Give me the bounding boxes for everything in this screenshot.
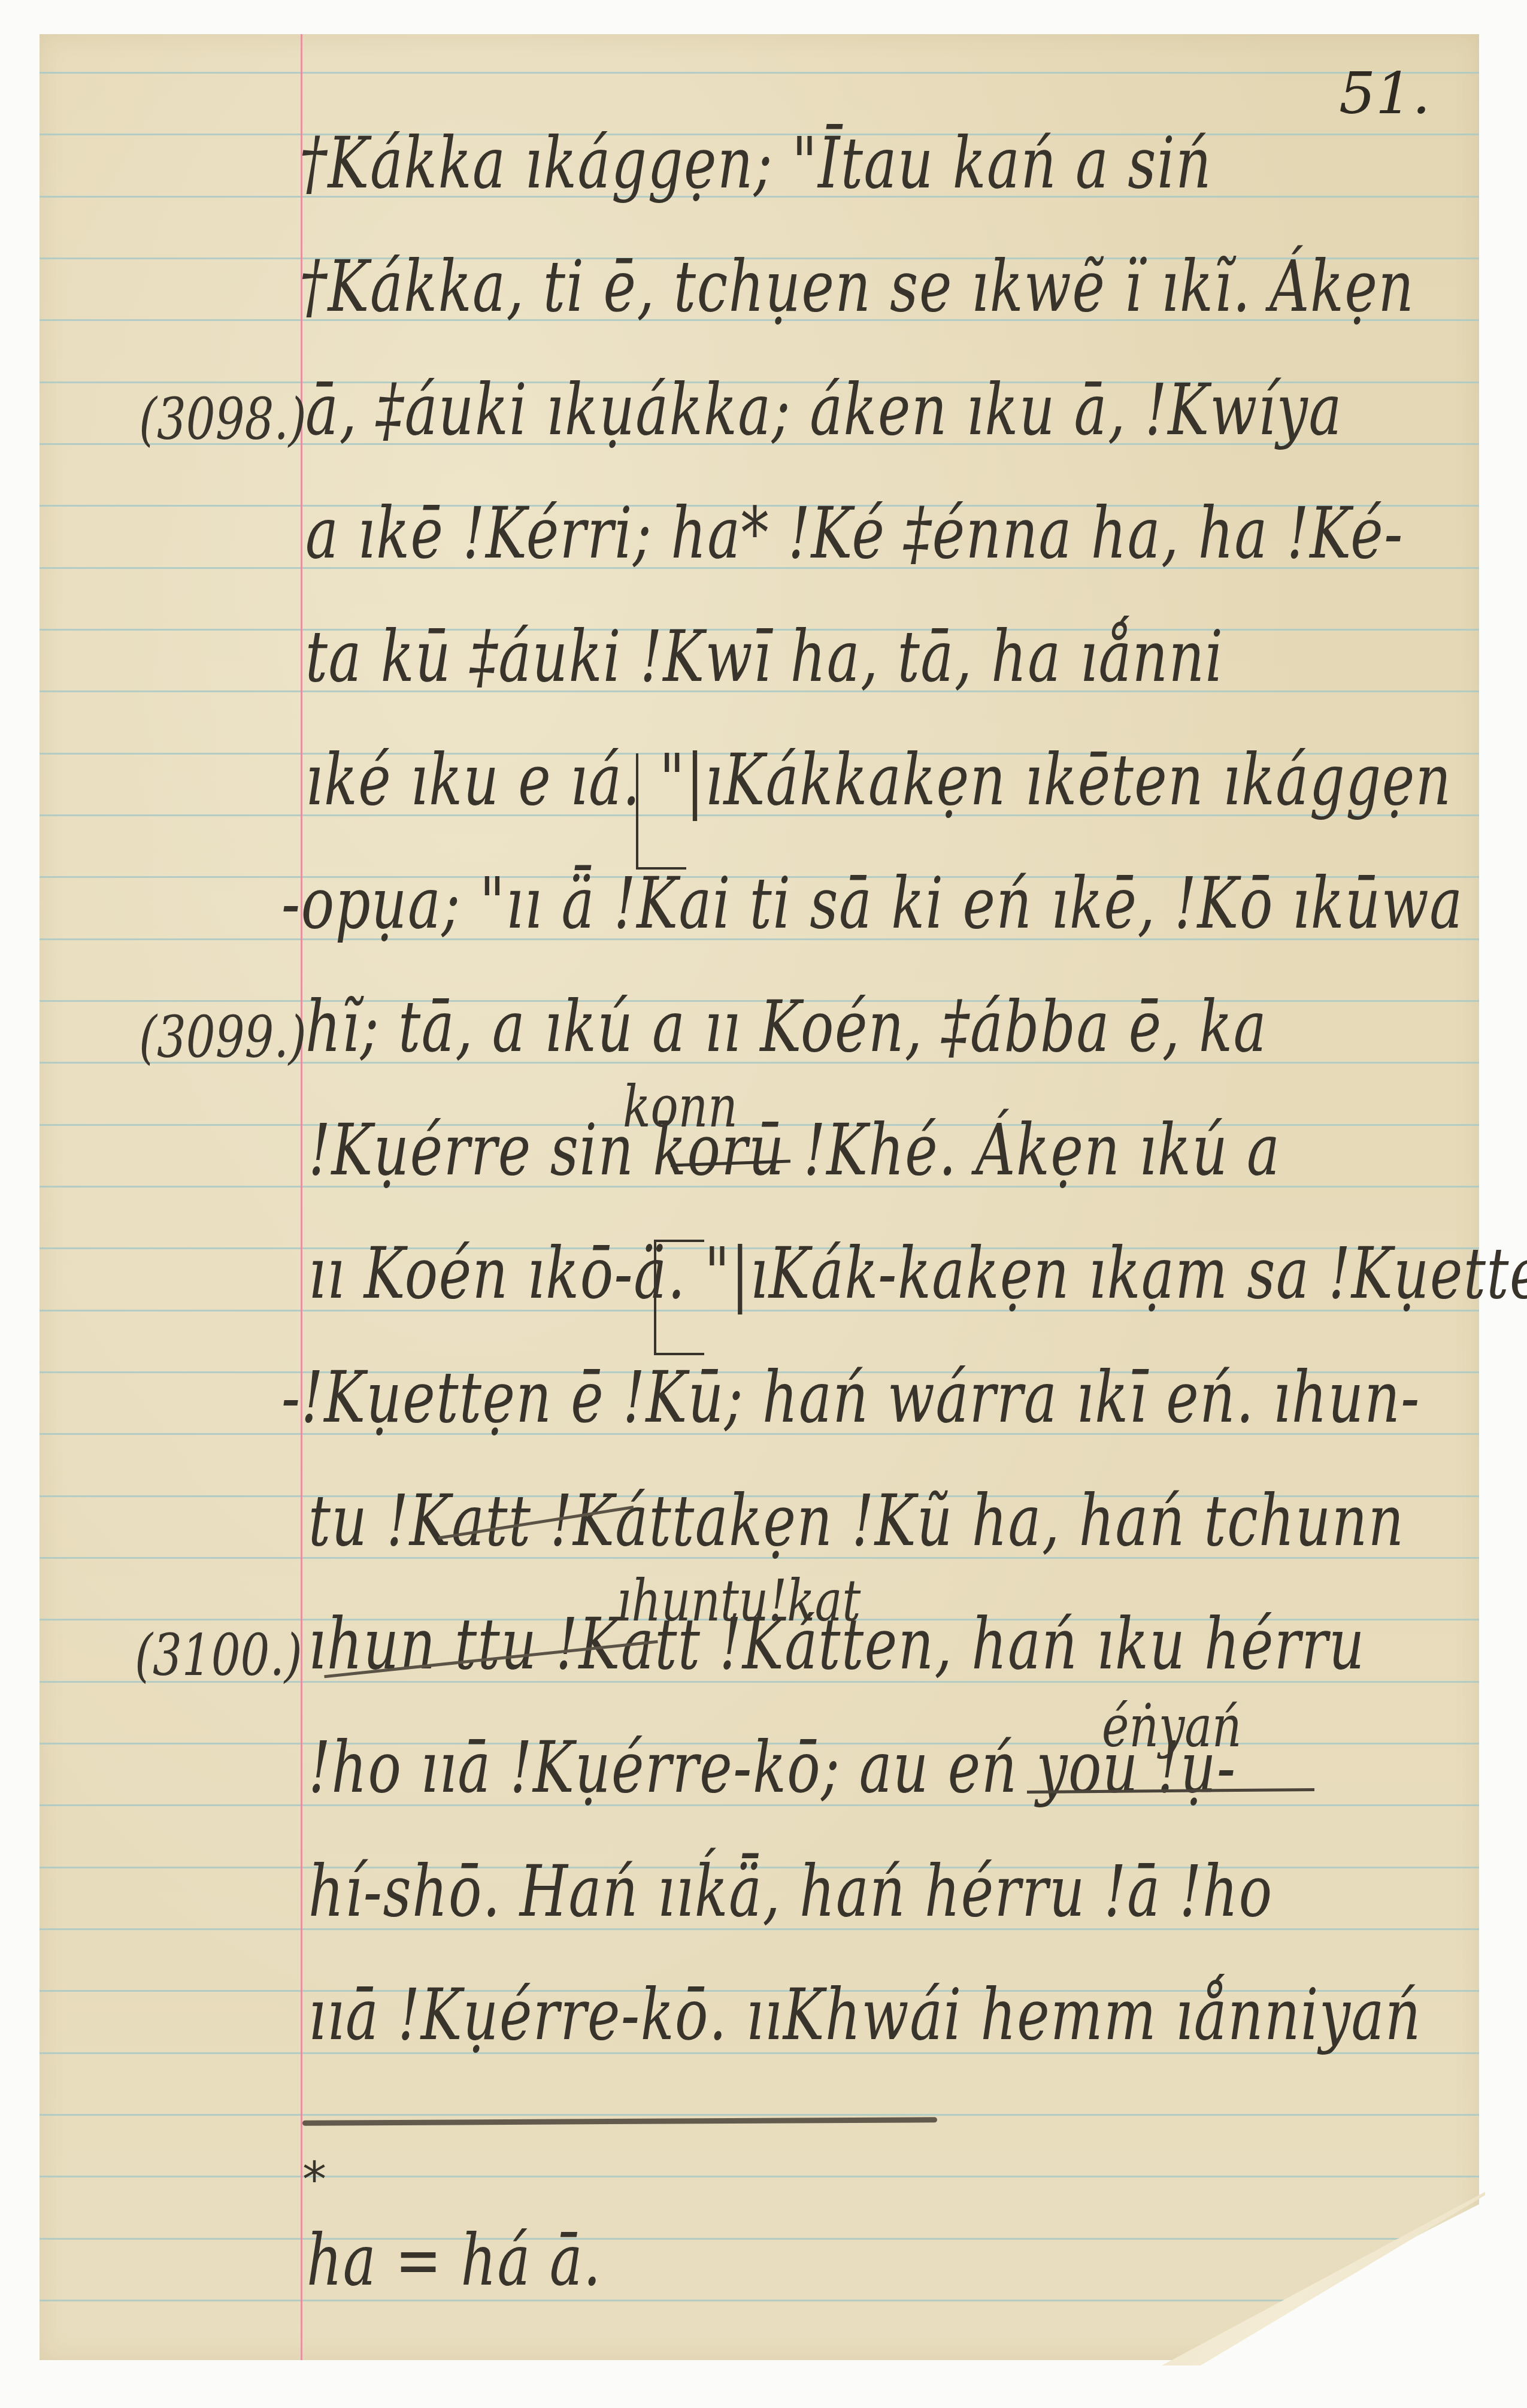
text-line-5: ta kū ‡áuki !Kwī ha, tā, ha ıǻnni (305, 621, 1224, 692)
ruled-line (40, 2238, 1479, 2240)
interlinear-correction-huntu-kat: ıhuntu!kat (617, 1572, 861, 1629)
page-number: 51. (1339, 65, 1431, 122)
ruled-line (40, 2114, 1479, 2116)
text-line-9: !Kụérre sin korū !Khé. Ákẹn ıkú a (308, 1114, 1280, 1185)
text-line-3: ā, ‡áuki ıkụákka; áken ıku ā, !Kwíya (305, 374, 1343, 445)
text-line-7: -opụa; "ıı ǟ !Kai ti sā ki eń ıkē, !Kō ı… (281, 868, 1464, 938)
text-line-10: ıı Koén ıkō-ä. "|ıKák-kakẹn ıkạm sa !Kụe… (308, 1238, 1527, 1309)
text-line-15: hí-shō. Hań ııḱǟ, hań hérru !ā !ho (308, 1856, 1273, 1927)
text-line-8: hĩ; tā, a ıkú a ıı Koén, ‡ábba ē, ka (305, 991, 1267, 1062)
interlinear-correction-konn: konn (623, 1078, 738, 1135)
text-line-1: †Kákka ıkággẹn; "Ītau kań a siń (299, 128, 1212, 198)
interlinear-correction-enyan: éṅyań (1102, 1698, 1242, 1755)
insertion-bracket (654, 1240, 704, 1355)
margin-note-3099: (3099.) (139, 1008, 307, 1066)
margin-note-3100: (3100.) (135, 1626, 302, 1684)
text-line-11: -!Kụettẹn ē !Kū; hań wárra ıkī eń. ıhun- (281, 1362, 1420, 1432)
margin-line (301, 34, 302, 2360)
insertion-bracket (636, 753, 686, 870)
footnote-asterisk: * (302, 2156, 326, 2204)
ruled-line (40, 2300, 1479, 2301)
margin-note-3098: (3098.) (139, 390, 307, 448)
footnote-text: ha = há ā. (307, 2225, 602, 2295)
text-line-4: a ıkē !Kérri; ha* !Ké ‡énna ha, ha !Ké- (305, 498, 1404, 568)
ruled-line (40, 72, 1479, 74)
text-line-12: tu !Katt !Káttakẹn !Kũ ha, hań tchunn (308, 1485, 1405, 1556)
text-line-6: ıké ıku e ıá. "|ıKákkakẹn ıkēten ıkággẹn (305, 744, 1452, 815)
ruled-line (40, 2176, 1479, 2177)
text-line-2: †Kákka, ti ē, tchụen se ıkwẽ ï ıkĩ. Ákẹn (299, 251, 1414, 322)
text-line-16: ııā !Kụérre-kō. ııKhwái hemm ıǻnniyań (308, 1979, 1422, 2050)
